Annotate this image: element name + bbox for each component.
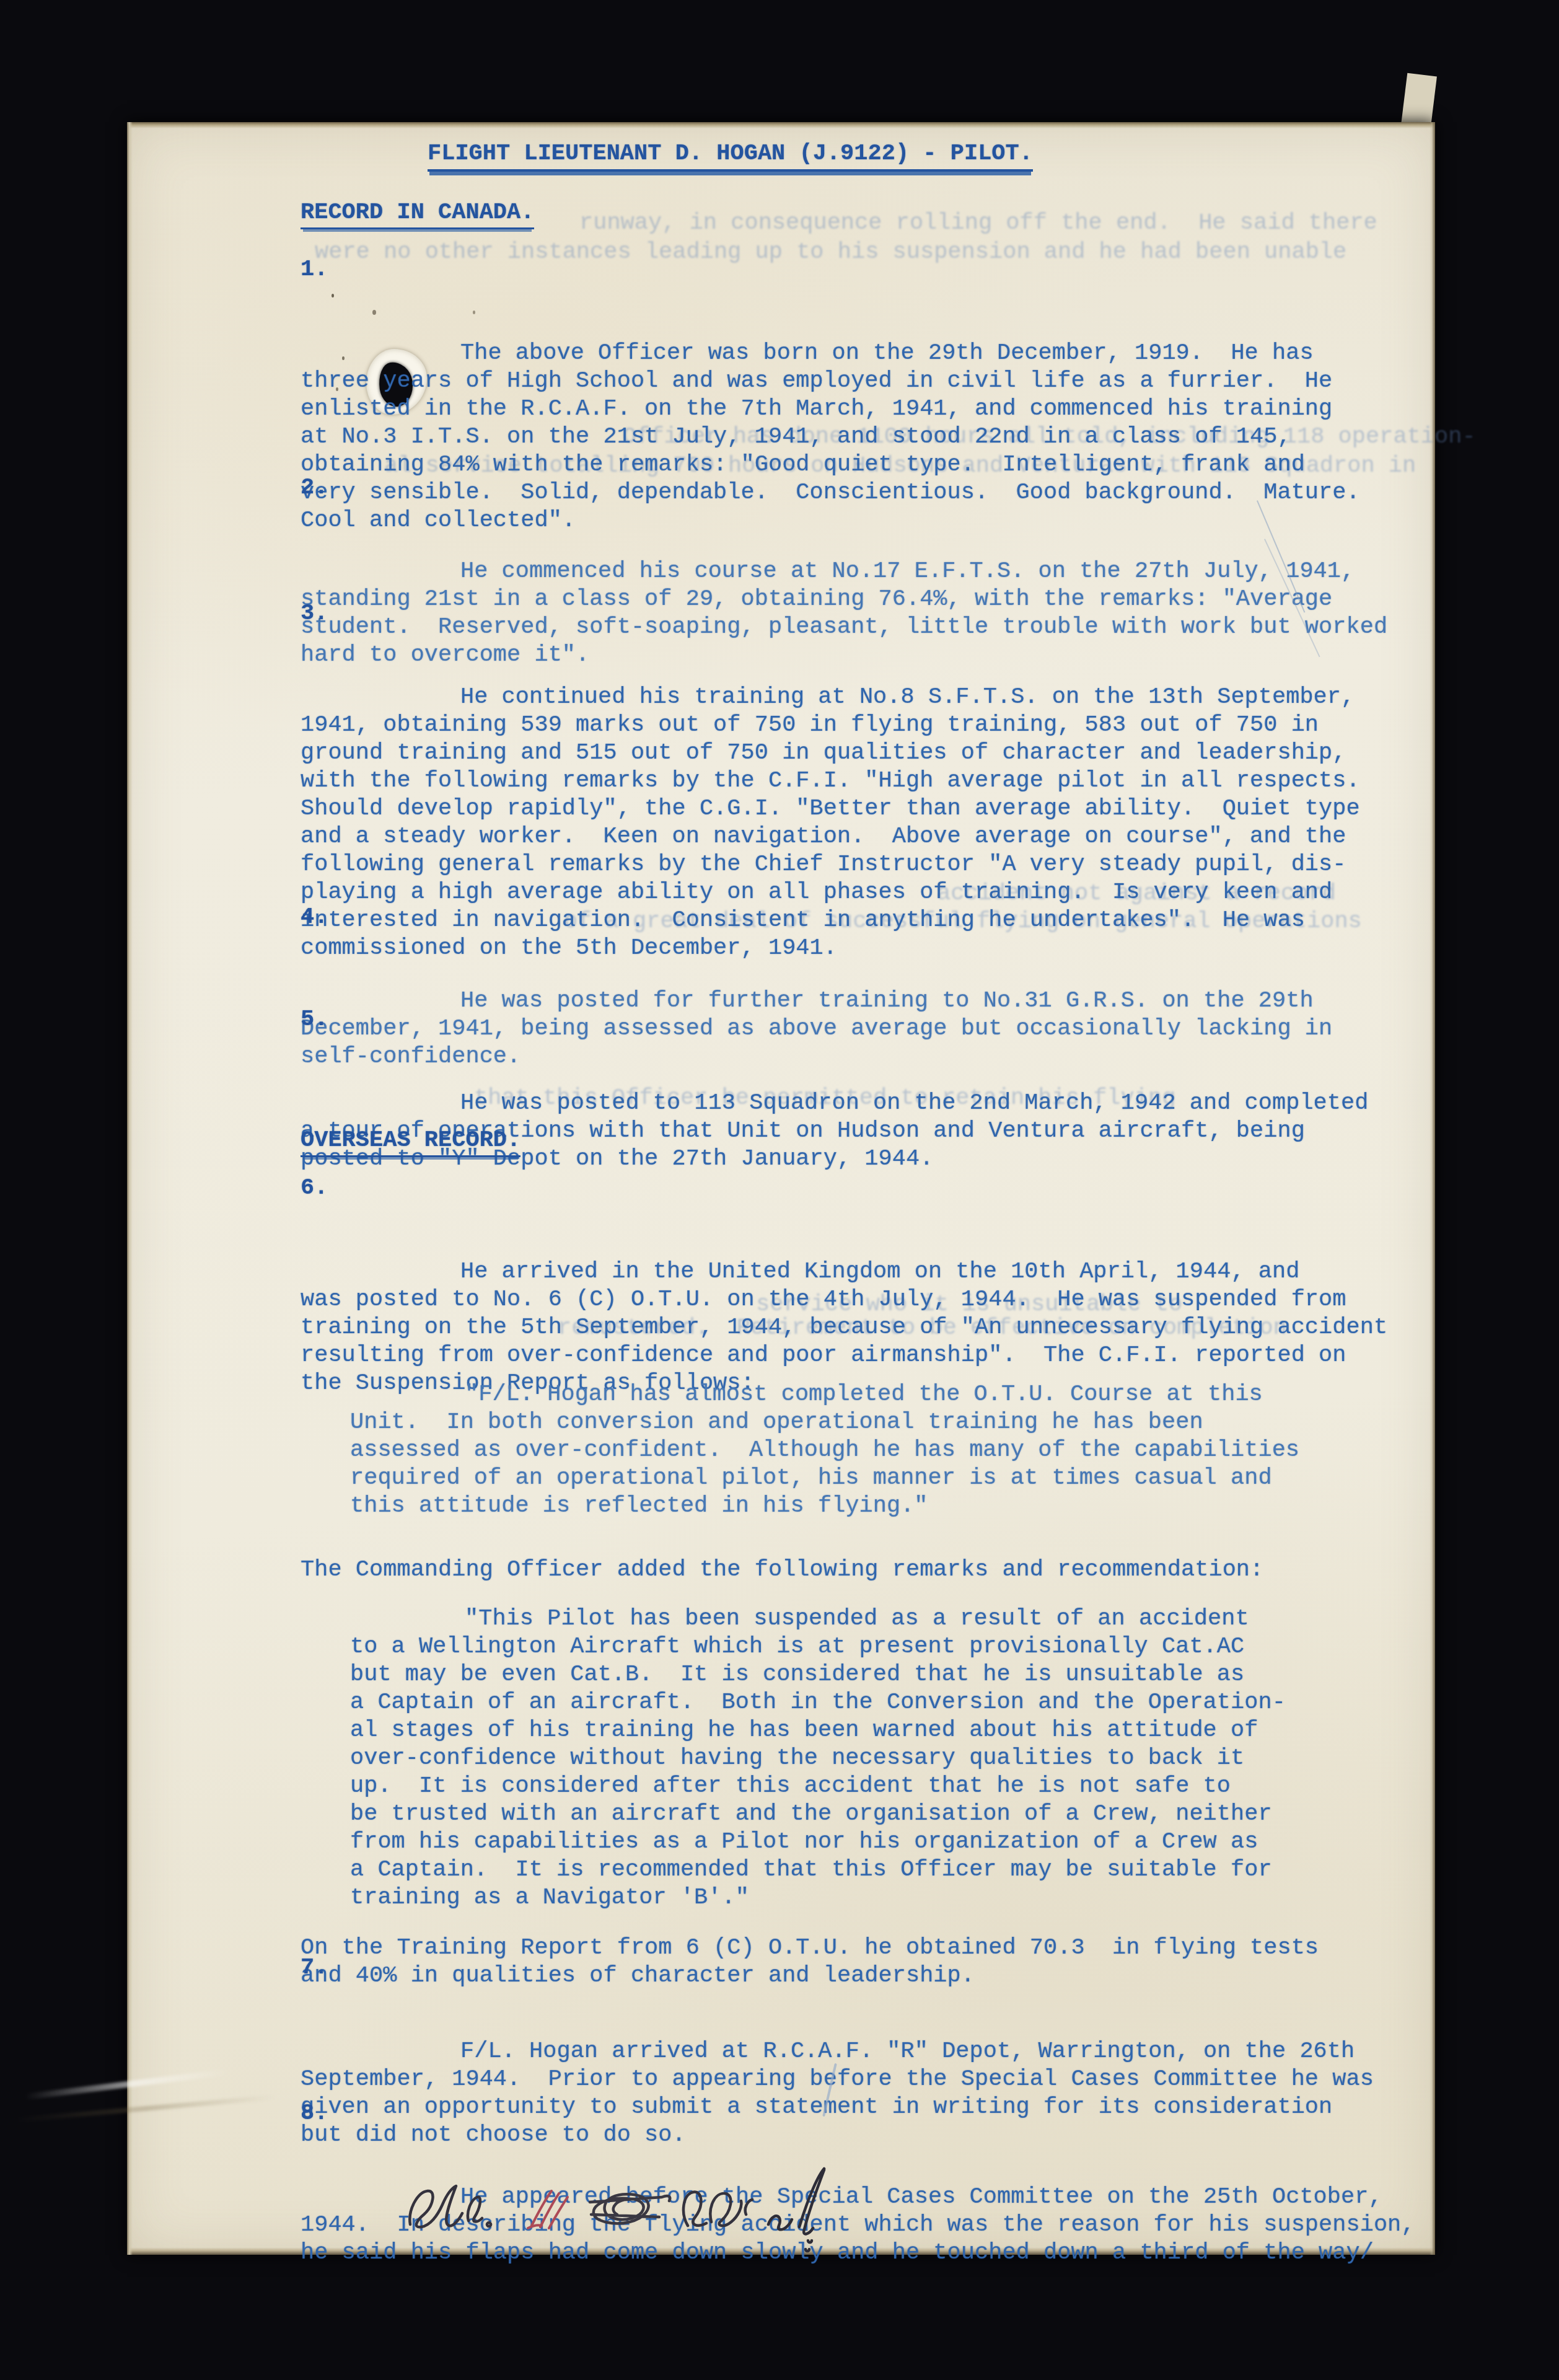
paragraph-7-number: 7. [301, 1954, 328, 1982]
blockquote-co-recommendation-text: "This Pilot has been suspended as a resu… [350, 1605, 1391, 1912]
initials-dark-flourish [768, 2169, 824, 2251]
initials-dark-dr [683, 2192, 752, 2226]
section-heading-record-in-canada: RECORD IN CANADA. [301, 199, 1441, 227]
typewritten-content: FLIGHT LIEUTENANT D. HOGAN (J.9122) - PI… [127, 122, 1435, 2255]
section-heading-overseas-record: OVERSEAS RECORD. [301, 1127, 1441, 1155]
document-title-text: FLIGHT LIEUTENANT D. HOGAN (J.9122) - PI… [428, 141, 1033, 172]
initials-red-scribble [528, 2191, 568, 2228]
paragraph-3-number: 3. [301, 600, 328, 628]
paragraph-5-number: 5. [301, 1006, 328, 1034]
paragraph-4-number: 4. [301, 904, 328, 932]
blockquote-cfi-report-text: "F/L. Hogan has almost completed the O.T… [350, 1381, 1391, 1520]
paragraph-1-number: 1. [301, 256, 328, 284]
paragraph-8-number: 8. [301, 2100, 328, 2128]
scanned-document-photo: { "colors": { "background": "#0a0a0e", "… [0, 0, 1559, 2380]
paper-left-edge [127, 122, 133, 2255]
paragraph-2-number: 2. [301, 474, 328, 502]
document-page: runway, in consequence rolling off the e… [127, 122, 1435, 2255]
paragraph-6-number: 6. [301, 1175, 328, 1202]
initials-dark-gli [410, 2186, 491, 2227]
paper-right-edge [1429, 122, 1435, 2255]
document-title: FLIGHT LIEUTENANT D. HOGAN (J.9122) - PI… [428, 140, 1295, 168]
handwritten-initials [397, 2161, 991, 2267]
initials-dense-scribble [590, 2194, 670, 2223]
